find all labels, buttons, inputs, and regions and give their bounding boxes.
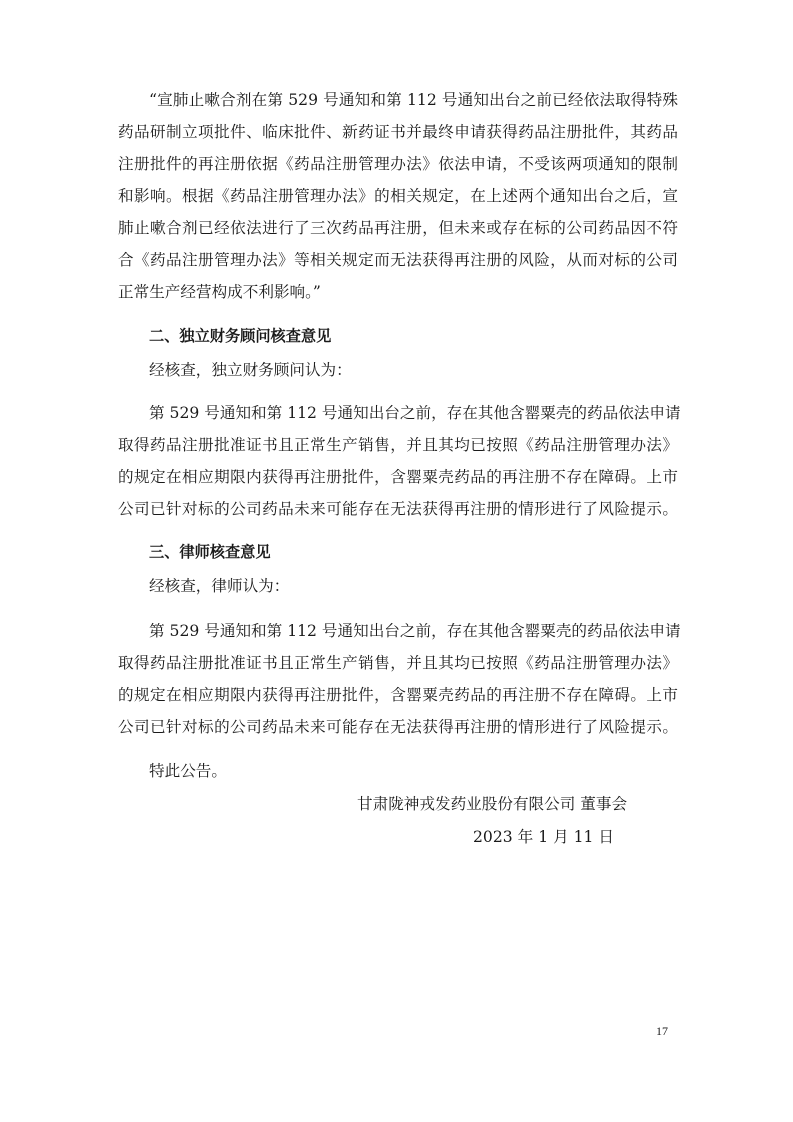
quote-line: 注册批件的再注册依据《药品注册管理办法》依法申请，不受该两项通知的限制	[118, 154, 678, 174]
quote-line: 和影响。根据《药品注册管理办法》的相关规定，在上述两个通知出台之后，宣	[118, 186, 678, 206]
document-page: “宣肺止嗽合剂在第 529 号通知和第 112 号通知出台之前已经依法取得特殊 …	[0, 0, 793, 1122]
paragraph-line: 取得药品注册批准证书且正常生产销售，并且其均已按照《药品注册管理办法》	[118, 653, 678, 673]
section-intro: 经核查，律师认为：	[149, 576, 289, 596]
quote-line: 正常生产经营构成不利影响。”	[118, 282, 678, 302]
quote-line: “宣肺止嗽合剂在第 529 号通知和第 112 号通知出台之前已经依法取得特殊	[149, 90, 678, 110]
quote-line: 肺止嗽合剂已经依法进行了三次药品再注册，但未来或存在标的公司药品因不符	[118, 218, 678, 238]
section-heading-financial-advisor: 二、独立财务顾问核查意见	[149, 326, 331, 346]
paragraph-line: 公司已针对标的公司药品未来可能存在无法获得再注册的情形进行了风险提示。	[118, 499, 678, 519]
section-intro: 经核查，独立财务顾问认为：	[149, 360, 352, 380]
paragraph-line: 第 529 号通知和第 112 号通知出台之前，存在其他含罂粟壳的药品依法申请	[149, 621, 678, 641]
paragraph-line: 的规定在相应期限内获得再注册批件，含罂粟壳药品的再注册不存在障碍。上市	[118, 685, 678, 705]
signature-company: 甘肃陇神戎发药业股份有限公司 董事会	[357, 794, 627, 814]
paragraph-line: 公司已针对标的公司药品未来可能存在无法获得再注册的情形进行了风险提示。	[118, 717, 678, 737]
quote-line: 药品研制立项批件、临床批件、新药证书并最终申请获得药品注册批件，其药品	[118, 122, 678, 142]
signature-date: 2023 年 1 月 11 日	[473, 827, 614, 847]
closing-text: 特此公告。	[149, 761, 227, 781]
paragraph-line: 的规定在相应期限内获得再注册批件，含罂粟壳药品的再注册不存在障碍。上市	[118, 467, 678, 487]
quote-line: 合《药品注册管理办法》等相关规定而无法获得再注册的风险，从而对标的公司	[118, 250, 678, 270]
page-number: 17	[656, 1024, 668, 1038]
paragraph-line: 取得药品注册批准证书且正常生产销售，并且其均已按照《药品注册管理办法》	[118, 435, 678, 455]
paragraph-line: 第 529 号通知和第 112 号通知出台之前，存在其他含罂粟壳的药品依法申请	[149, 403, 678, 423]
section-heading-lawyer: 三、律师核查意见	[149, 542, 271, 562]
